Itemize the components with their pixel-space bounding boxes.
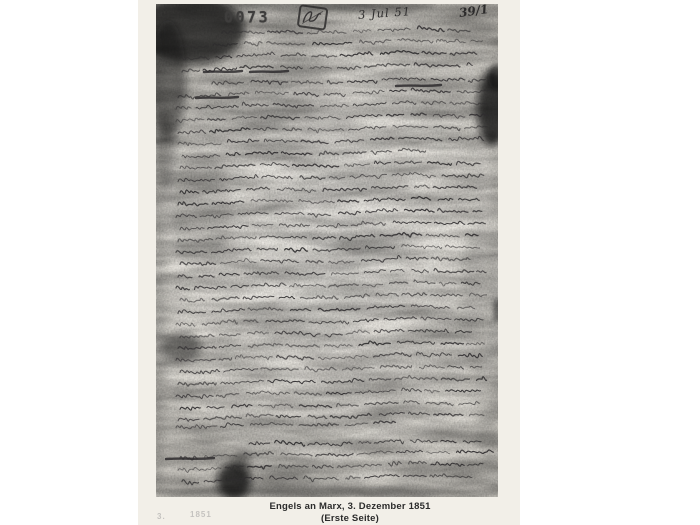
monogram-stamp-icon xyxy=(296,4,330,32)
caption: Engels an Marx, 3. Dezember 1851 (Erste … xyxy=(0,501,700,525)
ghost-mark-year: 1851 xyxy=(190,510,212,519)
manuscript-scan: 0073 3 Jul 51 39/1 xyxy=(156,4,498,497)
handwriting-svg xyxy=(156,4,498,497)
page: 0073 3 Jul 51 39/1 Engels an Marx, 3. De… xyxy=(0,0,700,525)
archive-number-stamp: 0073 xyxy=(224,7,270,26)
caption-subtitle: (Erste Seite) xyxy=(0,513,700,525)
caption-title: Engels an Marx, 3. Dezember 1851 xyxy=(0,501,700,513)
ghost-mark-left: 3. xyxy=(157,512,166,521)
